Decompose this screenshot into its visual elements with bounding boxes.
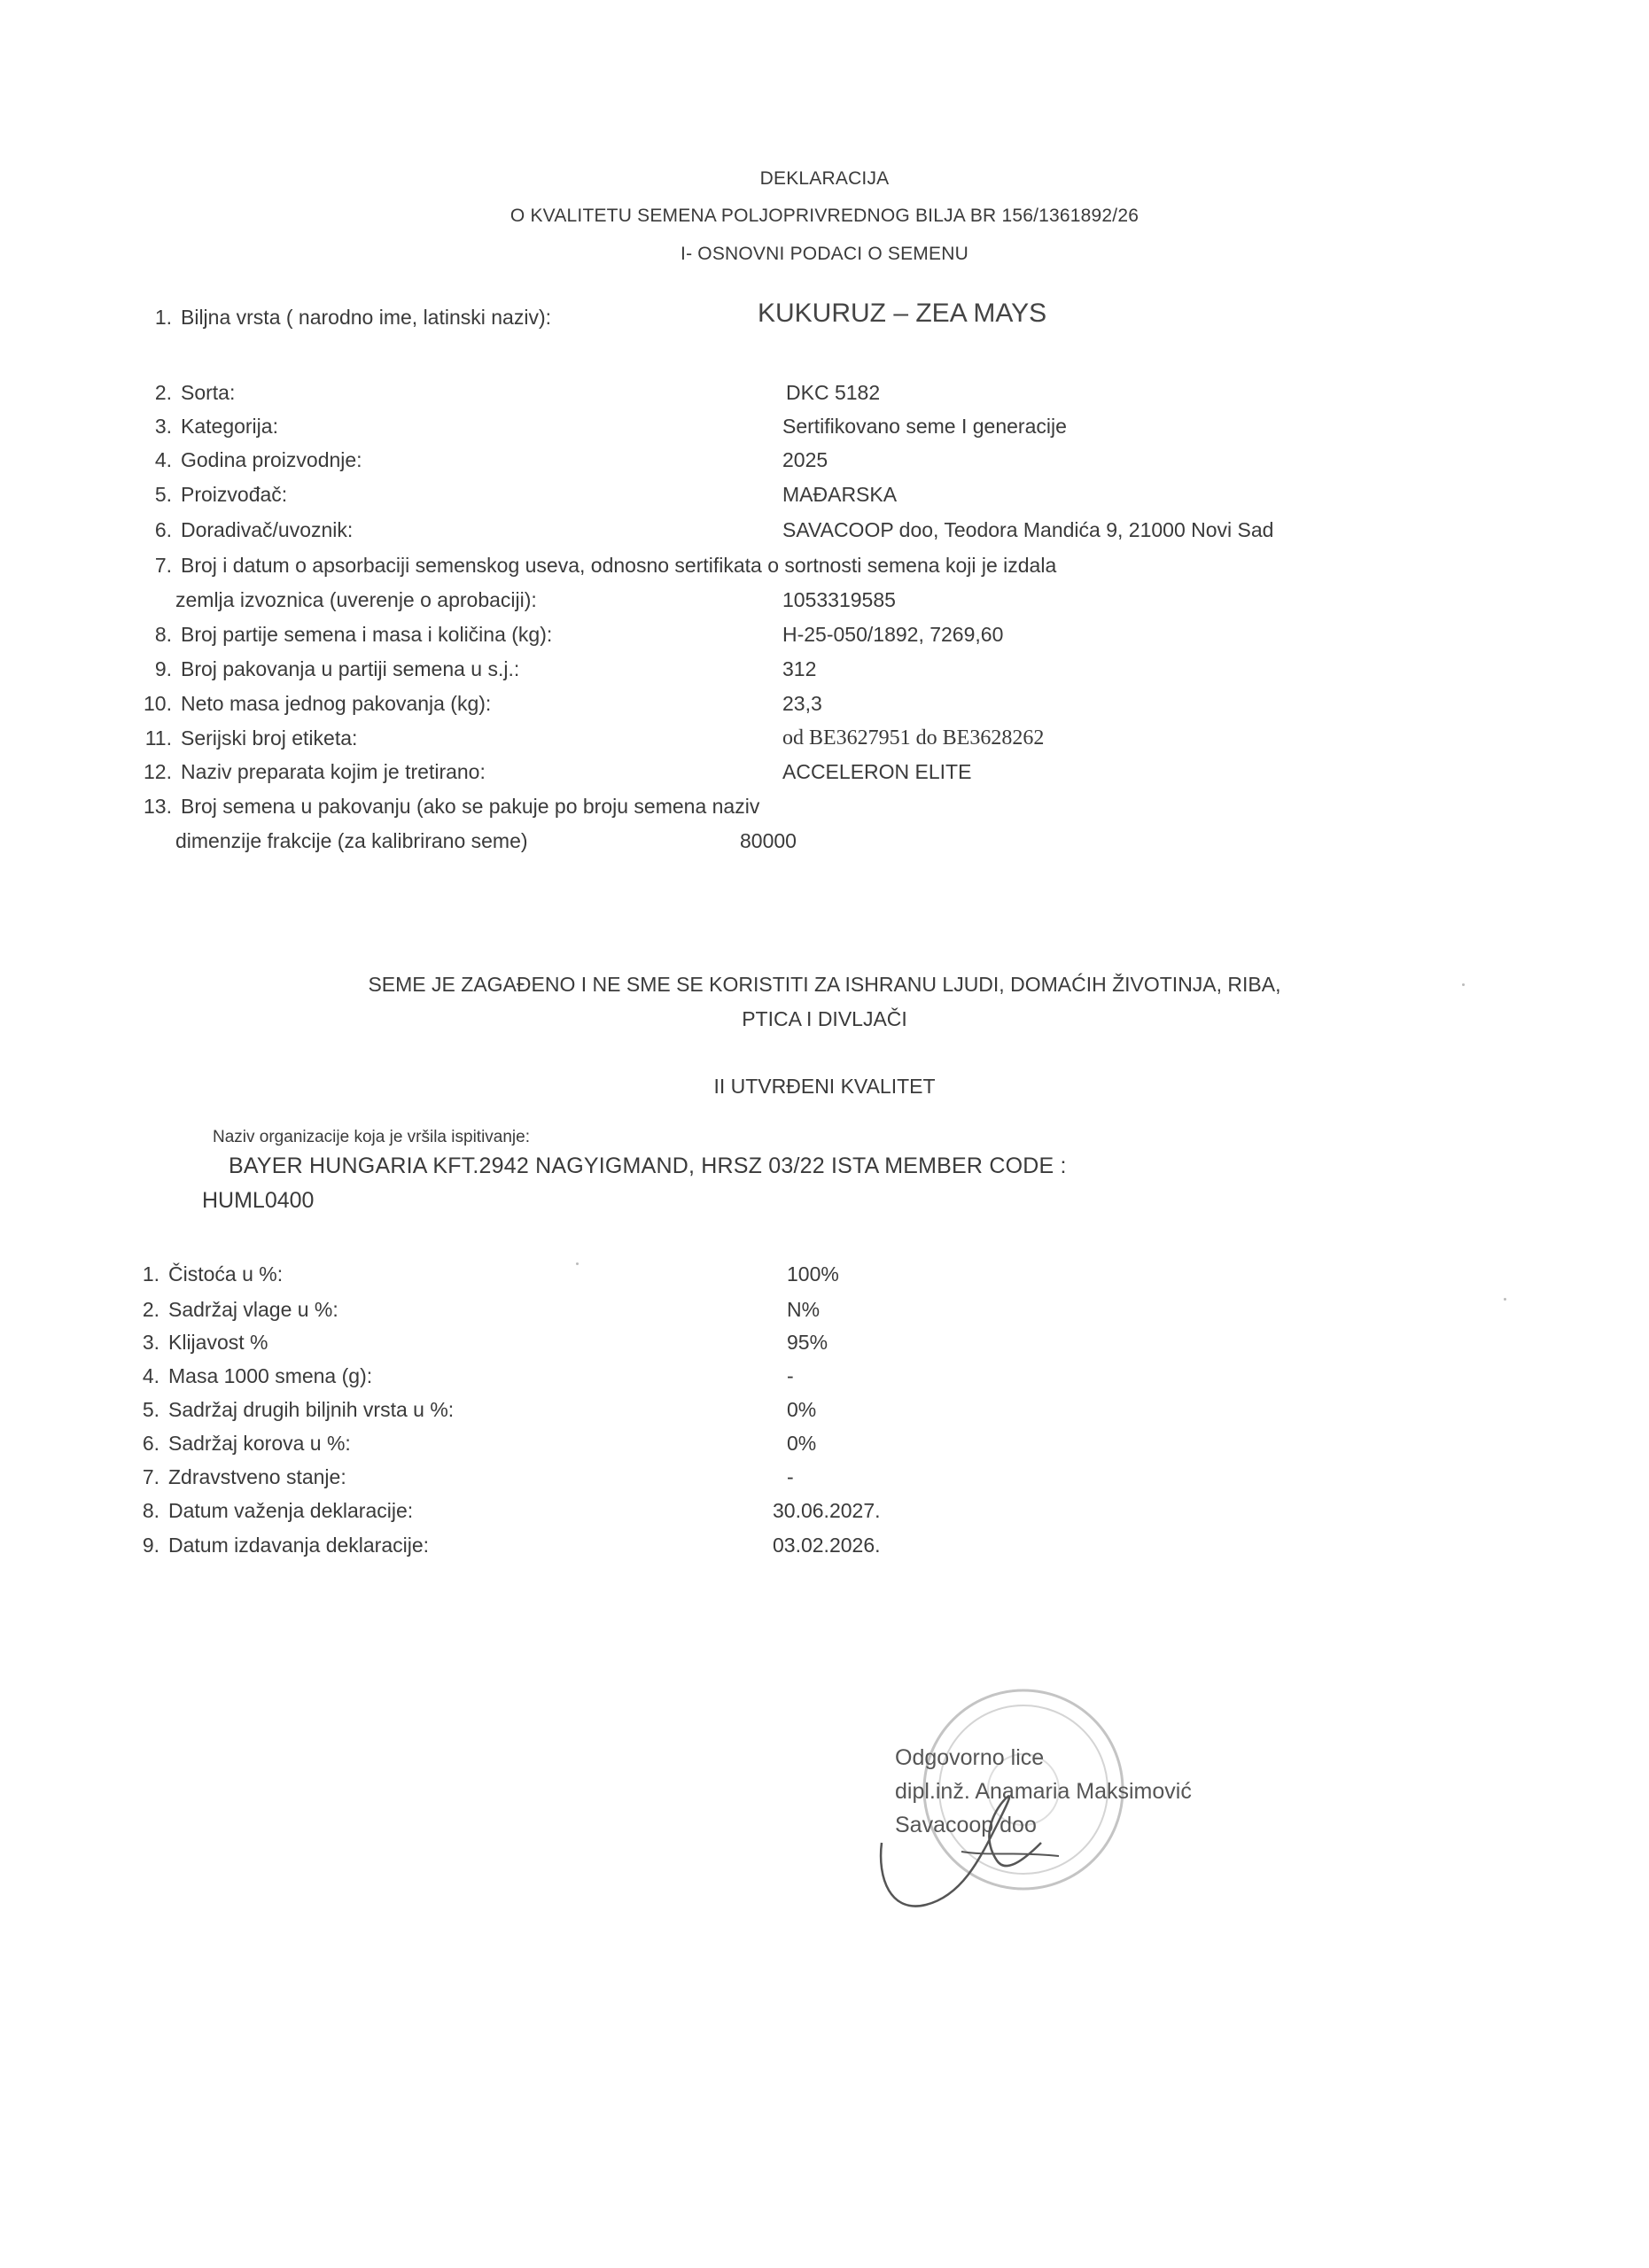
row-number: 9. — [106, 1534, 159, 1557]
quality-row-3: 3.Klijavost %95% — [0, 1331, 1649, 1357]
testing-org-name: BAYER HUNGARIA KFT.2942 NAGYIGMAND, HRSZ… — [229, 1153, 1067, 1179]
basic-row-6: 6. Doradivač/uvoznik: SAVACOOP doo, Teod… — [0, 518, 1649, 545]
row-number: 7. — [106, 1465, 159, 1489]
basic-row-7-cont: zemlja izvoznica (uverenje o aprobaciji)… — [0, 588, 1649, 615]
basic-row-4: 4. Godina proizvodnje: 2025 — [0, 448, 1649, 475]
row-value: - — [787, 1364, 794, 1388]
quality-row-2: 2.Sadržaj vlage u %:N% — [0, 1298, 1649, 1324]
row-value: 2025 — [782, 448, 828, 472]
row-number: 8. — [119, 623, 172, 647]
row-value: N% — [787, 1298, 820, 1322]
row-value: 30.06.2027. — [773, 1499, 881, 1523]
section-2-heading: II UTVRĐENI KVALITET — [0, 1075, 1649, 1099]
testing-org-label: Naziv organizacije koja je vršila ispiti… — [213, 1128, 530, 1147]
basic-row-11: 11. Serijski broj etiketa: od BE3627951 … — [0, 726, 1649, 753]
signature-line-3: Savacoop doo — [895, 1813, 1037, 1838]
basic-row-13-cont: dimenzije frakcije (za kalibrirano seme)… — [0, 829, 1649, 856]
row-number: 8. — [106, 1499, 159, 1523]
row-value: - — [787, 1465, 794, 1489]
basic-row-2: 2. Sorta: DKC 5182 — [0, 381, 1649, 408]
basic-row-7: 7. Broj i datum o apsorbaciji semenskog … — [0, 554, 1649, 580]
quality-row-9: 9.Datum izdavanja deklaracije:03.02.2026… — [0, 1534, 1649, 1560]
row-label-continued: zemlja izvoznica (uverenje o aprobaciji)… — [175, 588, 537, 612]
basic-row-1: 1. Biljna vrsta ( narodno ime, latinski … — [0, 306, 1649, 332]
row-label: Serijski broj etiketa: — [181, 726, 357, 750]
row-value: H-25-050/1892, 7269,60 — [782, 623, 1003, 647]
row-label: Masa 1000 smena (g): — [168, 1364, 372, 1388]
document-subtitle: O KVALITETU SEMENA POLJOPRIVREDNOG BILJA… — [0, 206, 1649, 227]
row-label: Sadržaj drugih biljnih vrsta u %: — [168, 1398, 454, 1422]
row-number: 1. — [119, 306, 172, 330]
quality-row-8: 8.Datum važenja deklaracije:30.06.2027. — [0, 1499, 1649, 1526]
basic-row-10: 10. Neto masa jednog pakovanja (kg): 23,… — [0, 692, 1649, 718]
row-value: 0% — [787, 1398, 816, 1422]
row-value: SAVACOOP doo, Teodora Mandića 9, 21000 N… — [782, 518, 1273, 542]
signature-line-2: dipl.inž. Anamaria Maksimović — [895, 1779, 1192, 1805]
row-label: Biljna vrsta ( narodno ime, latinski naz… — [181, 306, 551, 330]
row-label: Sorta: — [181, 381, 235, 405]
row-label: Datum izdavanja deklaracije: — [168, 1534, 429, 1557]
row-label: Broj i datum o apsorbaciji semenskog use… — [181, 554, 1056, 578]
row-number: 5. — [119, 483, 172, 507]
row-number: 6. — [106, 1432, 159, 1456]
row-value: 03.02.2026. — [773, 1534, 881, 1557]
row-number: 6. — [119, 518, 172, 542]
row-value: od BE3627951 do BE3628262 — [782, 726, 1044, 750]
row-value: 23,3 — [782, 692, 822, 716]
row-label: Sadržaj vlage u %: — [168, 1298, 338, 1322]
row-number: 7. — [119, 554, 172, 578]
basic-row-3: 3. Kategorija: Sertifikovano seme I gene… — [0, 415, 1649, 441]
testing-org-code: HUML0400 — [202, 1188, 314, 1214]
basic-row-9: 9. Broj pakovanja u partiji semena u s.j… — [0, 657, 1649, 684]
row-value: 1053319585 — [782, 588, 896, 612]
row-number: 13. — [119, 795, 172, 819]
row-value: Sertifikovano seme I generacije — [782, 415, 1067, 439]
row-label: Datum važenja deklaracije: — [168, 1499, 413, 1523]
row-label: Kategorija: — [181, 415, 278, 439]
row-number: 3. — [119, 415, 172, 439]
row-label: Broj partije semena i masa i količina (k… — [181, 623, 552, 647]
row-label: Zdravstveno stanje: — [168, 1465, 346, 1489]
quality-row-7: 7.Zdravstveno stanje:- — [0, 1465, 1649, 1492]
row-label: Neto masa jednog pakovanja (kg): — [181, 692, 491, 716]
basic-row-12: 12. Naziv preparata kojim je tretirano: … — [0, 760, 1649, 787]
row-label: Naziv preparata kojim je tretirano: — [181, 760, 486, 784]
row-label: Čistoća u %: — [168, 1262, 283, 1286]
quality-row-6: 6.Sadržaj korova u %:0% — [0, 1432, 1649, 1458]
row-label: Godina proizvodnje: — [181, 448, 362, 472]
row-number: 5. — [106, 1398, 159, 1422]
warning-line-1: SEME JE ZAGAĐENO I NE SME SE KORISTITI Z… — [0, 973, 1649, 997]
row-label: Klijavost % — [168, 1331, 268, 1355]
row-label: Doradivač/uvoznik: — [181, 518, 353, 542]
row-value: MAĐARSKA — [782, 483, 897, 507]
basic-row-5: 5. Proizvođač: MAĐARSKA — [0, 483, 1649, 509]
row-number: 1. — [106, 1262, 159, 1286]
row-label: Proizvođač: — [181, 483, 287, 507]
scan-speck — [1504, 1298, 1506, 1301]
basic-row-13: 13. Broj semena u pakovanju (ako se paku… — [0, 795, 1649, 821]
row-label: Broj semena u pakovanju (ako se pakuje p… — [181, 795, 759, 819]
quality-row-5: 5.Sadržaj drugih biljnih vrsta u %:0% — [0, 1398, 1649, 1425]
signature-line-1: Odgovorno lice — [895, 1745, 1044, 1771]
row-value: 312 — [782, 657, 816, 681]
row-number: 2. — [106, 1298, 159, 1322]
warning-line-2: PTICA I DIVLJAČI — [0, 1007, 1649, 1031]
row-number: 10. — [119, 692, 172, 716]
row-value: ACCELERON ELITE — [782, 760, 971, 784]
scan-speck — [1462, 983, 1465, 986]
row-number: 4. — [106, 1364, 159, 1388]
row-value: KUKURUZ – ZEA MAYS — [758, 299, 1046, 329]
row-number: 9. — [119, 657, 172, 681]
row-label-continued: dimenzije frakcije (za kalibrirano seme) — [175, 829, 528, 853]
row-label: Sadržaj korova u %: — [168, 1432, 351, 1456]
row-value: 95% — [787, 1331, 828, 1355]
row-value: DKC 5182 — [786, 381, 880, 405]
row-label: Broj pakovanja u partiji semena u s.j.: — [181, 657, 519, 681]
row-number: 4. — [119, 448, 172, 472]
row-value: 100% — [787, 1262, 839, 1286]
row-number: 11. — [119, 726, 172, 750]
row-number: 2. — [119, 381, 172, 405]
quality-row-4: 4.Masa 1000 smena (g):- — [0, 1364, 1649, 1391]
section-1-heading: I- OSNOVNI PODACI O SEMENU — [0, 244, 1649, 265]
row-number: 3. — [106, 1331, 159, 1355]
row-value: 80000 — [740, 829, 797, 853]
row-value: 0% — [787, 1432, 816, 1456]
basic-row-8: 8. Broj partije semena i masa i količina… — [0, 623, 1649, 649]
quality-row-1: 1.Čistoća u %:100% — [0, 1262, 1649, 1289]
row-number: 12. — [119, 760, 172, 784]
scan-speck — [576, 1262, 579, 1265]
document-title: DEKLARACIJA — [0, 168, 1649, 190]
